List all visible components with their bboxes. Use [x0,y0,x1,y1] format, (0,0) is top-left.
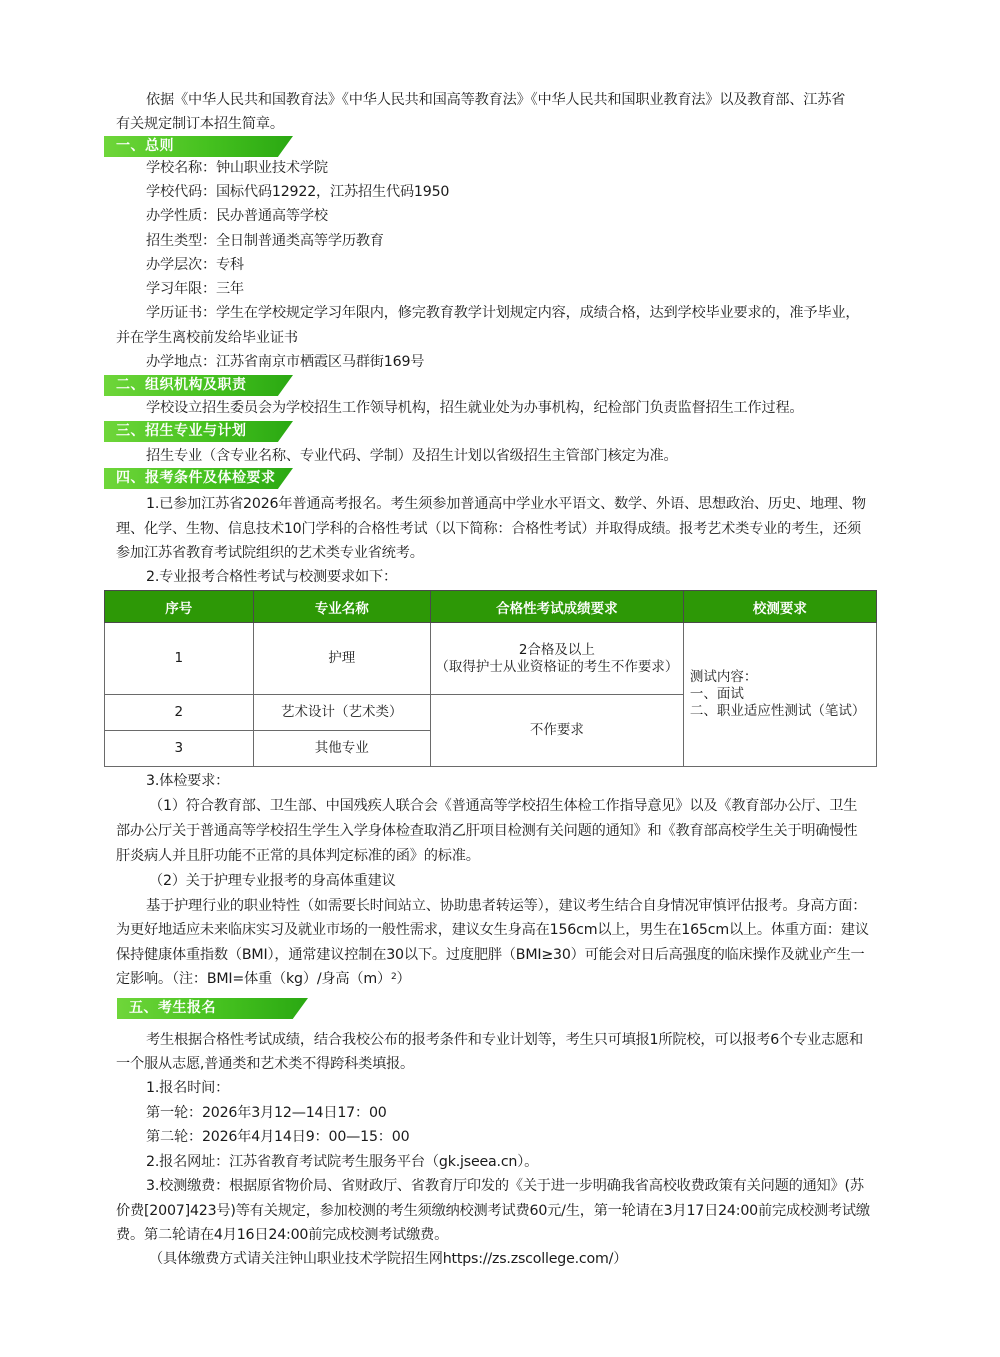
requirement-1-line-1: 1.已参加江苏省2026年普通高考报名。考生须参加普通高中学业水平语文、数学、外… [146,492,946,517]
exam-requirement-line-1: 2合格及以上 [432,642,682,659]
section-title: 一、总则 [116,136,174,157]
column-header-number: 序号 [105,591,254,623]
school-test-line-2: 一、面试 [690,686,875,703]
requirements-table: 序号 专业名称 合格性考试成绩要求 校测要求 1 护理 2合格及以上 （取得护士… [104,590,877,767]
intro-line-2: 有关规定制订本招生简章。 [116,112,916,137]
bmi-formula-end: ） [397,971,411,987]
section-header-organization: 二、组织机构及职责 [104,375,293,396]
fee-line-2: 价费[2007]423号)等有关规定，参加校测的考生须缴纳校测考试费60元/生，… [116,1199,916,1224]
certificate-line-1: 学历证书：学生在学校规定学习年限内，修完教育教学计划规定内容，成绩合格，达到学校… [146,301,946,326]
physical-exam-1-line-3: 肝炎病人并且肝功能不正常的具体判定标准的函》的标准。 [116,844,916,869]
registration-line-2: 一个服从志愿,普通类和艺术类不得跨科类填报。 [116,1052,916,1077]
school-nature: 办学性质：民办普通高等学校 [146,204,946,229]
majors-plan-text: 招生专业（含专业名称、专业代码、学制）及招生计划以省级招生主管部门核定为准。 [146,444,946,469]
section-header-requirements: 四、报考条件及体检要求 [104,468,293,489]
row-major: 艺术设计（艺术类） [253,695,430,731]
height-weight-line-3: 保持健康体重指数（BMI），通常建议控制在30以下。过度肥胖（BMI≥30）可能… [116,943,916,968]
section-title: 二、组织机构及职责 [116,375,247,396]
section-title: 四、报考条件及体检要求 [116,468,276,489]
row-major: 其他专业 [253,731,430,767]
height-weight-line-2: 为更好地适应未来临床实习及就业市场的一般性需求，建议女生身高在156cm以上，男… [116,918,916,943]
requirement-1-line-2: 理、化学、生物、信息技术10门学科的合格性考试（以下简称：合格性考试）并取得成绩… [116,517,916,542]
intro-line-1: 依据《中华人民共和国教育法》《中华人民共和国高等教育法》《中华人民共和国职业教育… [146,88,946,113]
row-number: 3 [105,731,254,767]
physical-exam-2-heading: （2）关于护理专业报考的身高体重建议 [149,869,949,894]
superscript-two: 2 [391,972,397,982]
section-header-general: 一、总则 [104,136,293,157]
requirement-1-line-3: 参加江苏省教育考试院组织的艺术类专业省统考。 [116,541,916,566]
bmi-formula: 定影响。（注：BMI=体重（kg）/身高（m） [116,971,391,987]
column-header-school-test: 校测要求 [683,591,876,623]
row-number: 1 [105,623,254,695]
registration-time-label: 1.报名时间： [146,1076,946,1101]
table-header-row: 序号 专业名称 合格性考试成绩要求 校测要求 [105,591,877,623]
study-duration: 学习年限：三年 [146,277,946,302]
physical-exam-1-line-2: 部办公厅关于普通高等学校招生学生入学身体检查取消乙肝项目检测有关问题的通知》和《… [116,819,916,844]
school-test-line-3: 二、职业适应性测试（笔试） [690,703,875,720]
physical-exam-heading: 3.体检要求： [146,769,946,794]
registration-round-2: 第二轮：2026年4月14日9：00—15：00 [146,1125,946,1150]
school-location: 办学地点：江苏省南京市栖霞区马群街169号 [146,350,946,375]
height-weight-line-1: 基于护理行业的职业特性（如需要长时间站立、协助患者转运等），建议考生结合自身情况… [146,894,946,919]
exam-requirement-line-2: （取得护士从业资格证的考生不作要求） [432,659,682,676]
school-level: 办学层次：专科 [146,253,946,278]
section-header-majors-plan: 三、招生专业与计划 [104,421,293,442]
section-title: 三、招生专业与计划 [116,421,247,442]
section-header-registration: 五、考生报名 [117,998,308,1019]
fee-note: （具体缴费方式请关注钟山职业技术学院招生网https://zs.zscolleg… [149,1247,949,1272]
column-header-major: 专业名称 [253,591,430,623]
row-exam-requirement: 2合格及以上 （取得护士从业资格证的考生不作要求） [430,623,683,695]
certificate-line-2: 并在学生离校前发给毕业证书 [116,326,916,351]
school-test-cell: 测试内容： 一、面试 二、职业适应性测试（笔试） [683,623,876,767]
table-row: 1 护理 2合格及以上 （取得护士从业资格证的考生不作要求） 测试内容： 一、面… [105,623,877,695]
physical-exam-1-line-1: （1）符合教育部、卫生部、中国残疾人联合会《普通高等学校招生体检工作指导意见》以… [149,794,949,819]
enrollment-type: 招生类型：全日制普通类高等学历教育 [146,229,946,254]
registration-site: 2.报名网址：江苏省教育考试院考生服务平台（gk.jseea.cn）。 [146,1150,946,1175]
school-name: 学校名称：钟山职业技术学院 [146,156,946,181]
school-code: 学校代码：国标代码12922，江苏招生代码1950 [146,180,946,205]
column-header-exam-requirement: 合格性考试成绩要求 [430,591,683,623]
organization-text: 学校设立招生委员会为学校招生工作领导机构，招生就业处为办事机构，纪检部门负责监督… [146,396,946,421]
section-title: 五、考生报名 [129,998,216,1019]
requirement-2: 2.专业报考合格性考试与校测要求如下： [146,565,946,590]
merged-exam-requirement: 不作要求 [430,695,683,767]
registration-line-1: 考生根据合格性考试成绩，结合我校公布的报考条件和专业计划等，考生只可填报1所院校… [146,1028,946,1053]
row-number: 2 [105,695,254,731]
school-test-line-1: 测试内容： [690,669,875,686]
fee-line-3: 费。第二轮请在4月16日24:00前完成校测考试缴费。 [116,1223,916,1248]
row-major: 护理 [253,623,430,695]
registration-round-1: 第一轮：2026年3月12—14日17：00 [146,1101,946,1126]
fee-line-1: 3.校测缴费：根据原省物价局、省财政厅、省教育厅印发的《关于进一步明确我省高校收… [146,1174,946,1199]
height-weight-line-4: 定影响。（注：BMI=体重（kg）/身高（m）2） [116,967,916,992]
